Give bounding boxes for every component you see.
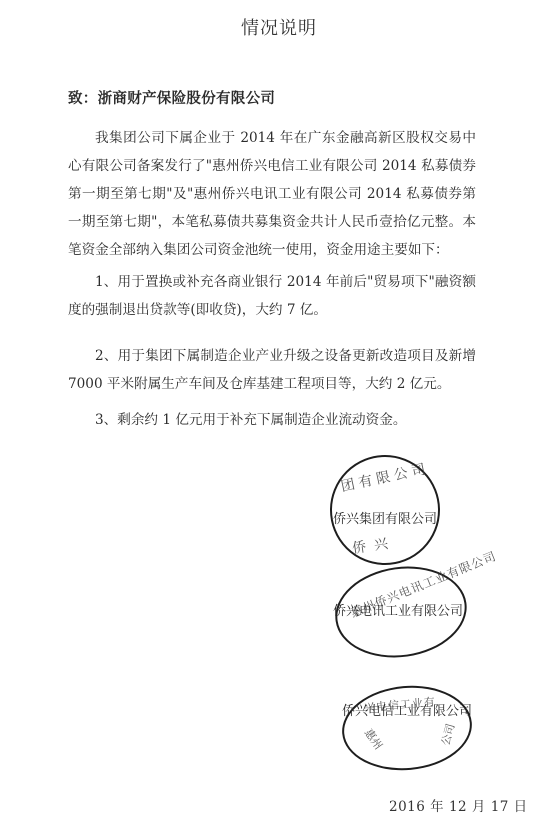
signatory-name: 侨兴电讯工业有限公司 [333, 600, 463, 619]
paragraph-item-1: 1、用于置换或补充各商业银行 2014 年前后"贸易项下"融资额度的强制退出贷款… [68, 268, 476, 324]
seal-ring-text: 团有限公司 [339, 458, 431, 496]
paragraph-item-2: 2、用于集团下属制造企业产业升级之设备更新改造项目及新增 7000 平米附属生产… [68, 342, 476, 398]
paragraph-item-3: 3、剩余约 1 亿元用于补充下属制造企业流动资金。 [68, 406, 476, 434]
company-seal-oval: 兴电信工业有 惠州 公司 [339, 680, 476, 775]
seal-ring-text: 公司 [437, 722, 458, 747]
document-page: 情况说明 致：浙商财产保险股份有限公司 我集团公司下属企业于 2014 年在广东… [0, 0, 558, 823]
seal-ring-text: 惠州 [361, 725, 387, 752]
recipient-line: 致：浙商财产保险股份有限公司 [68, 87, 275, 108]
paragraph-intro: 我集团公司下属企业于 2014 年在广东金融高新区股权交易中心有限公司备案发行了… [68, 124, 476, 264]
signatory-name: 侨兴集团有限公司 [333, 508, 437, 527]
seal-ring-text: 侨兴 [351, 532, 397, 558]
signatory-name: 侨兴电信工业有限公司 [342, 700, 472, 719]
document-date: 2016 年 12 月 17 日 [389, 795, 528, 815]
document-title: 情况说明 [0, 14, 558, 40]
